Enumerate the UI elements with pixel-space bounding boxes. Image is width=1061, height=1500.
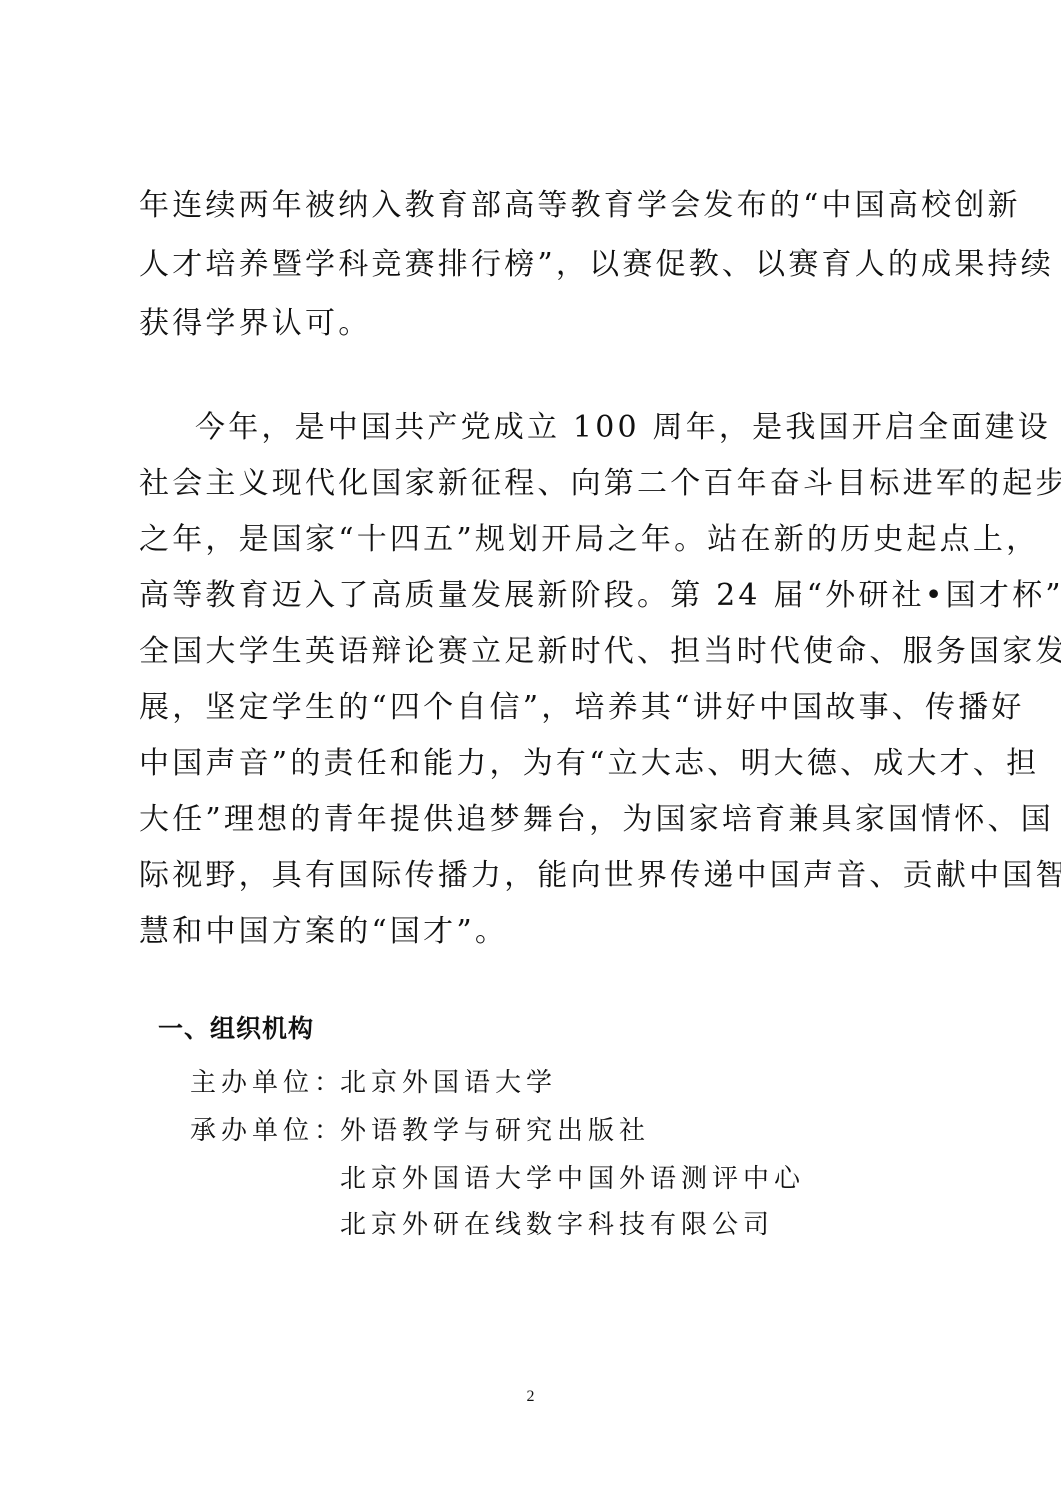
- text-line: 际视野，具有国际传播力，能向世界传递中国声音、贡献中国智: [139, 856, 929, 896]
- text-line: 慧和中国方案的“国才”。: [139, 912, 929, 952]
- organizer-label: 承办单位：: [190, 1111, 345, 1151]
- text-line: 获得学界认可。: [139, 304, 929, 344]
- text-line: 人才培养暨学科竞赛排行榜”，以赛促教、以赛育人的成果持续: [139, 245, 929, 285]
- text-line: 展，坚定学生的“四个自信”，培养其“讲好中国故事、传播好: [139, 688, 929, 728]
- host-value: 北京外国语大学: [340, 1063, 557, 1103]
- text-line: 今年，是中国共产党成立 100 周年，是我国开启全面建设: [195, 408, 929, 448]
- organizer-value: 外语教学与研究出版社: [340, 1111, 650, 1151]
- text-line: 高等教育迈入了高质量发展新阶段。第 24 届“外研社•国才杯”: [139, 576, 929, 616]
- organizer-value: 北京外研在线数字科技有限公司: [340, 1205, 774, 1245]
- text-line: 全国大学生英语辩论赛立足新时代、担当时代使命、服务国家发: [139, 632, 929, 672]
- section-heading: 一、组织机构: [158, 1009, 314, 1049]
- host-label: 主办单位：: [190, 1063, 345, 1103]
- organizer-value: 北京外国语大学中国外语测评中心: [340, 1159, 805, 1199]
- document-page: 年连续两年被纳入教育部高等教育学会发布的“中国高校创新 人才培养暨学科竞赛排行榜…: [0, 0, 1061, 1500]
- text-line: 之年，是国家“十四五”规划开局之年。站在新的历史起点上，: [139, 520, 929, 560]
- text-line: 大任”理想的青年提供追梦舞台，为国家培育兼具家国情怀、国: [139, 800, 929, 840]
- text-line: 中国声音”的责任和能力，为有“立大志、明大德、成大才、担: [139, 744, 929, 784]
- text-line: 社会主义现代化国家新征程、向第二个百年奋斗目标进军的起步: [139, 464, 929, 504]
- page-number: 2: [0, 1388, 1061, 1406]
- text-line: 年连续两年被纳入教育部高等教育学会发布的“中国高校创新: [139, 186, 929, 226]
